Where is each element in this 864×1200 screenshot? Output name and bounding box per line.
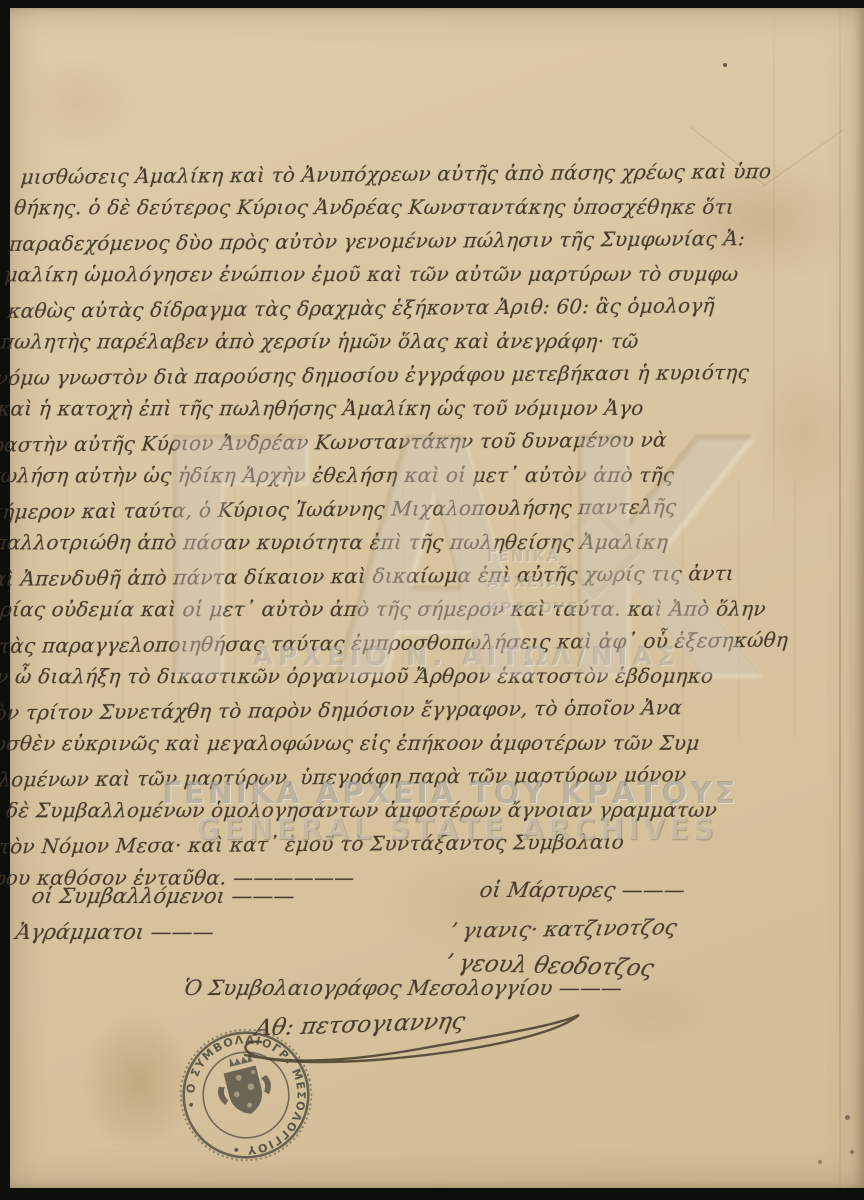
archive-photo: μισθώσεις Ἀμαλίκη καὶ τὸ Ἀνυπόχρεων αὐτῆ…	[0, 0, 864, 1200]
handwritten-line: σαν ὦ διαλήξη τὸ δικαστικῶν ὀργανισμοῦ Ἄ…	[0, 664, 714, 689]
ink-speck	[818, 1160, 822, 1164]
handwritten-line: ἀπαλλοτριώθη ἀπὸ πάσαν κυριότητα ἐπὶ τῆς…	[0, 530, 669, 555]
fold-line-right	[839, 8, 841, 1188]
frame-top	[0, 0, 864, 8]
ink-speck	[850, 1150, 854, 1154]
ink-speck	[723, 63, 727, 67]
ink-speck	[845, 1115, 850, 1120]
parties-label: οἱ Συμβαλλόμενοι ———	[30, 884, 296, 908]
fold-line-center	[773, 8, 775, 528]
handwritten-line: τῶν δὲ Συμβαλλομένων ὁμολογησάντων ἀμφοτ…	[0, 798, 718, 823]
handwritten-line: μαλίκη ὡμολόγησεν ἐνώπιον ἐμοῦ καὶ τῶν α…	[4, 262, 740, 287]
handwritten-line: γνωσθὲν εὐκρινῶς καὶ μεγαλοφώνως εἰς ἐπή…	[0, 731, 701, 756]
handwritten-line: κυρίας οὐδεμία καὶ οἱ μετ᾽ αὐτὸν ἀπὸ τῆς…	[0, 597, 767, 622]
illiterate-note: Ἀγράμματοι ———	[14, 920, 216, 944]
witness-signature: ʼ γιανις· κατζινοτζος	[447, 915, 679, 943]
handwritten-line: πωλήση αὐτὴν ὡς ἡδίκη Ἀρχὴν ἐθελήση καὶ …	[0, 463, 675, 488]
witnesses-label: οἱ Μάρτυρες ———	[478, 878, 687, 902]
handwritten-line: πωλητὴς παρέλαβεν ἀπὸ χερσίν ἡμῶν ὅλας κ…	[0, 329, 640, 354]
handwritten-line: καὶ ἡ κατοχὴ ἐπὶ τῆς πωληθήσης Ἀμαλίκη ὡ…	[0, 396, 645, 421]
frame-bottom	[0, 1188, 864, 1200]
handwritten-line: θήκης. ὁ δὲ δεύτερος Κύριος Ἀνδρέας Κωνσ…	[13, 195, 735, 220]
